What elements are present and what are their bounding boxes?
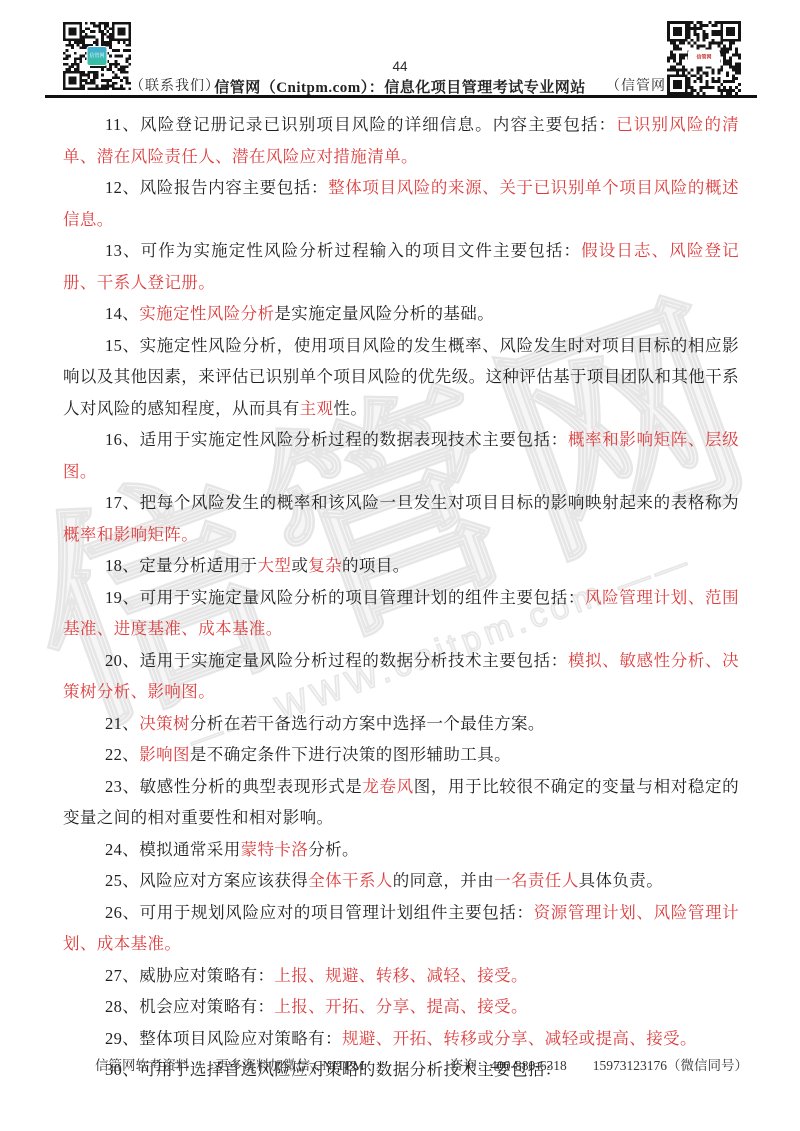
highlight-text: 全体干系人 [308, 871, 393, 890]
body-text: 性。 [333, 399, 367, 418]
list-item: 26、可用于规划风险应对的项目管理计划组件主要包括：资源管理计划、风险管理计划、… [63, 897, 739, 960]
highlight-text: 实施定性风险分析 [139, 304, 274, 323]
body-text: 26、可用于规划风险应对的项目管理计划组件主要包括： [105, 903, 534, 922]
list-item: 18、定量分析适用于大型或复杂的项目。 [63, 550, 739, 582]
body-text: 21、 [105, 714, 139, 733]
footer-wechat: 更多资料加微信 CNITPM [216, 1054, 365, 1074]
body-text: 分析。 [308, 840, 359, 859]
body-text: 16、适用于实施定性风险分析过程的数据表现技术主要包括： [105, 430, 568, 449]
highlight-text: 蒙特卡洛 [241, 840, 309, 859]
body-text: 20、适用于实施定量风险分析过程的数据分析技术主要包括： [105, 651, 568, 670]
body-text: 的同意，并由 [393, 871, 494, 890]
highlight-text: 概率和影响矩阵。 [63, 525, 198, 544]
list-item: 25、风险应对方案应该获得全体干系人的同意，并由一名责任人具体负责。 [63, 865, 739, 897]
body-text: 是不确定条件下进行决策的图形辅助工具。 [190, 745, 511, 764]
highlight-text: 龙卷风 [362, 777, 413, 796]
body-text: 15、实施定性风险分析，使用项目风险的发生概率、风险发生时对项目目标的相应影响以… [63, 336, 739, 418]
highlight-text: 决策树 [139, 714, 190, 733]
body-text: 24、模拟通常采用 [105, 840, 241, 859]
highlight-text: 复杂 [308, 556, 342, 575]
app-qr-code: 信管网 [667, 21, 741, 95]
body-text: 22、 [105, 745, 139, 764]
body-text: 18、定量分析适用于 [105, 556, 258, 575]
footer-consult-phone: 咨询：400-880-6318 [450, 1054, 567, 1074]
qr-center-logo: 信管网 [688, 50, 720, 67]
body-text: 14、 [105, 304, 139, 323]
list-item: 15、实施定性风险分析，使用项目风险的发生概率、风险发生时对项目目标的相应影响以… [63, 330, 739, 425]
content-list: 11、风险登记册记录已识别项目风险的详细信息。内容主要包括：已识别风险的清单、潜… [63, 109, 739, 1086]
list-item: 12、风险报告内容主要包括：整体项目风险的来源、关于已识别单个项目风险的概述信息… [63, 172, 739, 235]
body-text: 13、可作为实施定性风险分析过程输入的项目文件主要包括： [105, 241, 581, 260]
highlight-text: 上报、开拓、分享、提高、接受。 [274, 997, 528, 1016]
body-text: 的项目。 [342, 556, 410, 575]
list-item: 17、把每个风险发生的概率和该风险一旦发生对项目目标的影响映射起来的表格称为概率… [63, 487, 739, 550]
footer-brand: 信管网软考资料 [95, 1054, 190, 1074]
body-text: 是实施定量风险分析的基础。 [274, 304, 494, 323]
body-text: 具体负责。 [579, 871, 664, 890]
body-text: 29、整体项目风险应对策略有： [105, 1029, 342, 1048]
list-item: 14、实施定性风险分析是实施定量风险分析的基础。 [63, 298, 739, 330]
body-text: 12、风险报告内容主要包括： [105, 178, 328, 197]
body-text: 分析在若干备选行动方案中选择一个最佳方案。 [190, 714, 545, 733]
body-text: 19、可用于实施定量风险分析的项目管理计划的组件主要包括： [105, 588, 585, 607]
list-item: 20、适用于实施定量风险分析过程的数据分析技术主要包括：模拟、敏感性分析、决策树… [63, 645, 739, 708]
list-item: 27、威胁应对策略有：上报、规避、转移、减轻、接受。 [63, 960, 739, 992]
footer: 信管网软考资料 更多资料加微信 CNITPM 咨询：400-880-6318 1… [63, 1054, 748, 1074]
header-divider [45, 95, 757, 98]
list-item: 29、整体项目风险应对策略有：规避、开拓、转移或分享、减轻或提高、接受。 [63, 1023, 739, 1055]
list-item: 19、可用于实施定量风险分析的项目管理计划的组件主要包括：风险管理计划、范围基准… [63, 582, 739, 645]
body-text: 11、风险登记册记录已识别项目风险的详细信息。内容主要包括： [105, 115, 616, 134]
list-item: 13、可作为实施定性风险分析过程输入的项目文件主要包括：假设日志、风险登记册、干… [63, 235, 739, 298]
body-text: 23、敏感性分析的典型表现形式是 [105, 777, 362, 796]
body-text: 或 [291, 556, 308, 575]
list-item: 21、决策树分析在若干备选行动方案中选择一个最佳方案。 [63, 708, 739, 740]
list-item: 28、机会应对策略有：上报、开拓、分享、提高、接受。 [63, 991, 739, 1023]
highlight-text: 规避、开拓、转移或分享、减轻或提高、接受。 [342, 1029, 697, 1048]
document-page: 信管网 —— WWW.cnitpm.com —— 信管网 （联系我们） 44 信… [0, 0, 800, 1131]
body-text: 17、把每个风险发生的概率和该风险一旦发生对项目目标的影响映射起来的表格称为 [105, 493, 739, 512]
list-item: 22、影响图是不确定条件下进行决策的图形辅助工具。 [63, 739, 739, 771]
highlight-text: 影响图 [139, 745, 190, 764]
body-text: 25、风险应对方案应该获得 [105, 871, 308, 890]
body-text: 27、威胁应对策略有： [105, 966, 274, 985]
highlight-text: 主观 [300, 399, 334, 418]
list-item: 23、敏感性分析的典型表现形式是龙卷风图，用于比较很不确定的变量与相对稳定的变量… [63, 771, 739, 834]
highlight-text: 大型 [258, 556, 292, 575]
highlight-text: 一名责任人 [494, 871, 579, 890]
list-item: 24、模拟通常采用蒙特卡洛分析。 [63, 834, 739, 866]
list-item: 11、风险登记册记录已识别项目风险的详细信息。内容主要包括：已识别风险的清单、潜… [63, 109, 739, 172]
highlight-text: 上报、规避、转移、减轻、接受。 [274, 966, 528, 985]
body-text: 28、机会应对策略有： [105, 997, 274, 1016]
list-item: 16、适用于实施定性风险分析过程的数据表现技术主要包括：概率和影响矩阵、层级图。 [63, 424, 739, 487]
footer-mobile-phone: 15973123176（微信同号） [593, 1054, 748, 1074]
